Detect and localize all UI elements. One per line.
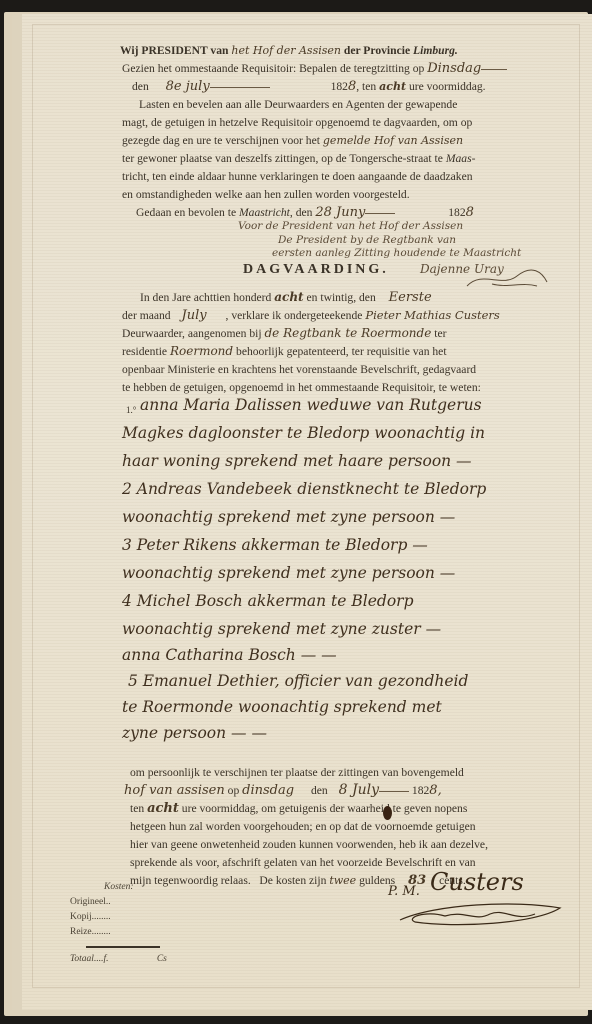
witness-line: zyne persoon — — <box>122 724 267 742</box>
witness-line: 2 Andreas Vandebeek dienstknecht te Bled… <box>122 480 486 498</box>
witness-marker: 1.° <box>126 402 136 419</box>
closing-line-3: ten acht ure voormiddag, om getuigenis d… <box>130 800 467 817</box>
handwritten-date: 8e july <box>166 79 210 94</box>
body-line-1: In den Jare achttien honderd acht en twi… <box>140 289 432 306</box>
handwritten-hour: acht <box>379 80 406 93</box>
signature-flourish-icon <box>395 900 565 930</box>
handwritten-day: Dinsdag <box>427 61 481 76</box>
done-line: Gedaan en bevolen te Maastricht, den 28 … <box>136 204 474 221</box>
witness-line: anna Maria Dalissen weduwe van Rutgerus <box>140 396 482 414</box>
witness-line: te Roermonde woonachtig sprekend met <box>122 698 442 716</box>
signature-initials: P. M. <box>388 884 420 899</box>
header-para-line: Lasten en bevelen aan alle Deurwaarders … <box>139 96 457 113</box>
body-line-4: residentie Roermond behoorlijk gepatente… <box>122 343 447 360</box>
costs-header: Kosten: <box>70 880 167 895</box>
annotation-line: eersten aanleg Zitting houdende te Maast… <box>272 247 521 259</box>
header-para-line: gezegde dag en ure te verschijnen voor h… <box>122 132 463 149</box>
header-para-line: magt, de getuigen in hetzelve Requisitoi… <box>122 114 472 131</box>
paraph-flourish-icon <box>462 268 552 290</box>
header-line-1: Wij PRESIDENT van het Hof der Assisen de… <box>120 42 458 59</box>
witness-line: 5 Emanuel Dethier, officier van gezondhe… <box>128 672 468 690</box>
body-line-5: openbaar Ministerie en krachtens het vor… <box>122 361 476 378</box>
ink-blot <box>383 806 392 820</box>
witness-line: woonachtig sprekend met zyne persoon — <box>122 564 455 582</box>
witness-line: 4 Michel Bosch akkerman te Bledorp <box>122 592 414 610</box>
header-para-line: tricht, ten einde aldaar hunne verklarin… <box>122 168 473 185</box>
annotation-line: Voor de President van het Hof der Assise… <box>238 220 463 232</box>
closing-line-4: hetgeen hun zal worden voorgehouden; en … <box>130 818 476 835</box>
document-title: DAGVAARDING. <box>243 262 389 278</box>
witness-line: Magkes dagloonster te Bledorp woonachtig… <box>122 424 485 442</box>
costs-divider <box>86 946 160 948</box>
annotation-line: De President by de Regtbank van <box>278 234 456 246</box>
signature: Custers <box>430 868 524 896</box>
closing-line-6: sprekende als voor, afschrift gelaten va… <box>130 854 476 871</box>
costs-row: Reize........ <box>70 925 167 940</box>
closing-line-2: hof van assisen op dinsdag den 8 July 18… <box>124 782 442 799</box>
costs-table: Kosten: Origineel.. Kopij........ Reize.… <box>70 880 167 967</box>
costs-total-row: Totaal....f. Cs <box>70 952 167 967</box>
witness-line: anna Catharina Bosch — — <box>122 646 337 664</box>
closing-line-5: hier van geene onwetenheid zouden kunnen… <box>130 836 488 853</box>
body-line-6: te hebben de getuigen, opgenoemd in het … <box>122 379 481 396</box>
handwritten-court: het Hof der Assisen <box>231 44 341 57</box>
witness-line: woonachtig sprekend met zyne persoon — <box>122 508 455 526</box>
header-para-line: ter gewoner plaatse van deszelfs zitting… <box>122 150 475 167</box>
costs-row: Origineel.. <box>70 895 167 910</box>
body-line-2: der maand July , verklare ik ondergeteek… <box>122 307 500 324</box>
witness-line: haar woning sprekend met haare persoon — <box>122 452 472 470</box>
body-line-3: Deurwaarder, aangenomen bij de Regtbank … <box>122 325 446 342</box>
closing-line-1: om persoonlijk te verschijnen ter plaats… <box>130 764 464 781</box>
header-line-3: den 8e july 1828, ten acht ure voormidda… <box>132 78 486 95</box>
witness-line: 3 Peter Rikens akkerman te Bledorp — <box>122 536 428 554</box>
header-para-line: en omstandigheden welke aan hen zullen w… <box>122 186 410 203</box>
witness-line: woonachtig sprekend met zyne zuster — <box>122 620 441 638</box>
header-line-2: Gezien het ommestaande Requisitoir: Bepa… <box>122 60 507 77</box>
costs-row: Kopij........ <box>70 910 167 925</box>
